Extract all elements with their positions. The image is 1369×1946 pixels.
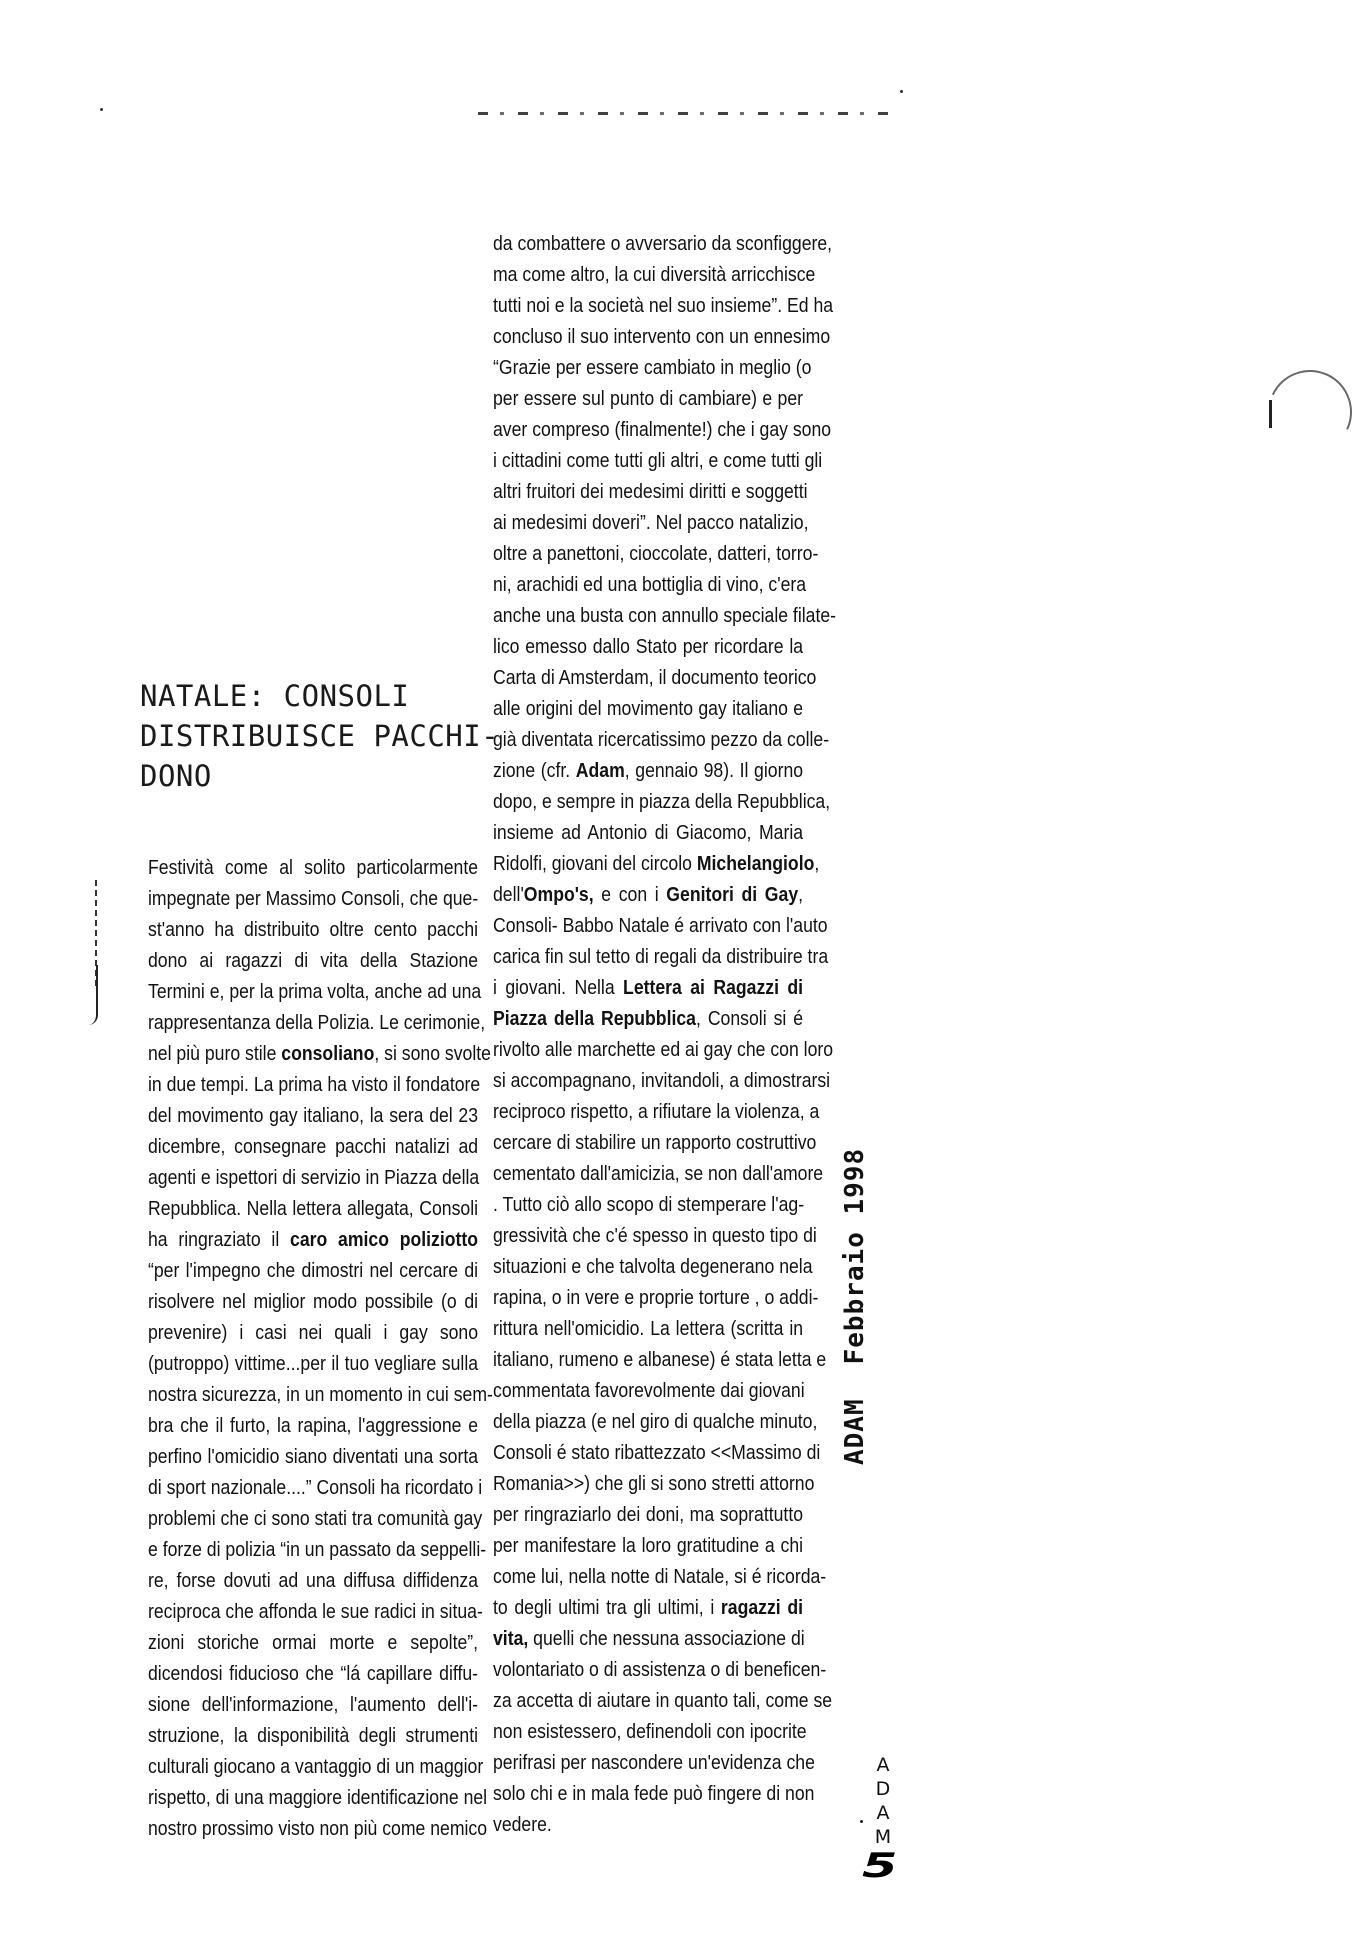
text-run: carica fin sul tetto di regali da distri…	[493, 945, 828, 968]
text-run: gressività che c'é spesso in questo tipo…	[493, 1224, 817, 1247]
text-run: anche una busta con annullo speciale fil…	[493, 604, 836, 627]
scan-circle-artifact	[1256, 358, 1364, 466]
text-line: per essere sul punto di cambiare) e per	[493, 383, 803, 414]
text-run: . Tutto ciò allo scopo di stemperare l'a…	[493, 1193, 804, 1216]
text-line: prevenire) i casi nei quali i gay sono	[148, 1317, 478, 1348]
text-run: agenti e ispettori di servizio in Piazza…	[148, 1166, 479, 1189]
text-run: zioni storiche ormai morte e sepolte”,	[148, 1631, 478, 1654]
text-line: Consoli é stato ribattezzato <<Massimo d…	[493, 1437, 803, 1468]
text-run: re, forse dovuti ad una diffusa diffiden…	[148, 1569, 478, 1592]
text-run: ma come altro, la cui diversità arricchi…	[493, 263, 815, 286]
bold-text: Michelangiolo	[697, 852, 815, 875]
scan-artifact-line	[478, 112, 898, 115]
text-line: i giovani. Nella Lettera ai Ragazzi di	[493, 972, 803, 1003]
text-line: ha ringraziato il caro amico poliziotto	[148, 1224, 478, 1255]
text-run: del movimento gay italiano, la sera del …	[148, 1104, 478, 1127]
text-run: risolvere nel miglior modo possibile (o …	[148, 1290, 478, 1313]
publication-stacked-logo: A D A M	[868, 1753, 898, 1849]
text-line: reciproca che affonda le sue radici in s…	[148, 1596, 478, 1627]
text-run: concluso il suo intervento con un ennesi…	[493, 325, 830, 348]
title-line: DISTRIBUISCE PACCHI-	[140, 716, 470, 756]
text-run: alle origini del movimento gay italiano …	[493, 697, 803, 720]
text-run: Ridolfi, giovani del circolo	[493, 852, 697, 875]
logo-letter: D	[868, 1777, 898, 1801]
text-line: . Tutto ciò allo scopo di stemperare l'a…	[493, 1189, 803, 1220]
text-run: situazioni e che talvolta degenerano nel…	[493, 1255, 813, 1278]
text-line: Termini e, per la prima volta, anche ad …	[148, 976, 478, 1007]
text-run: i cittadini come tutti gli altri, e come…	[493, 449, 822, 472]
text-run: altri fruitori dei medesimi diritti e so…	[493, 480, 808, 503]
margin-pen-curve	[86, 965, 98, 1025]
text-line: zione (cfr. Adam, gennaio 98). Il giorno	[493, 755, 803, 786]
text-run: della piazza (e nel giro di qualche minu…	[493, 1410, 817, 1433]
text-run: dicendosi fiducioso che “lá capillare di…	[148, 1662, 478, 1685]
scan-speck	[100, 108, 103, 111]
scan-speck	[900, 90, 903, 93]
title-line: NATALE: CONSOLI	[140, 676, 470, 716]
text-run: struzione, la disponibilità degli strume…	[148, 1724, 478, 1747]
text-line: non esistessero, definendoli con ipocrit…	[493, 1716, 803, 1747]
text-run: ,	[814, 852, 819, 875]
text-run: ni, arachidi ed una bottiglia di vino, c…	[493, 573, 806, 596]
text-line: e forze di polizia “in un passato da sep…	[148, 1534, 478, 1565]
text-run: , si sono svolte	[374, 1042, 491, 1065]
text-line: della piazza (e nel giro di qualche minu…	[493, 1406, 803, 1437]
text-run: perifrasi per nascondere un'evidenza che	[493, 1751, 815, 1774]
text-run: culturali giocano a vantaggio di un magg…	[148, 1755, 483, 1778]
text-run: commentata favorevolmente dai giovani	[493, 1379, 805, 1402]
publication-name: ADAM	[840, 1398, 870, 1465]
article-title: NATALE: CONSOLI DISTRIBUISCE PACCHI- DON…	[140, 676, 470, 796]
text-line: “per l'impegno che dimostri nel cercare …	[148, 1255, 478, 1286]
text-line: dopo, e sempre in piazza della Repubblic…	[493, 786, 803, 817]
text-line: altri fruitori dei medesimi diritti e so…	[493, 476, 803, 507]
text-run: prevenire) i casi nei quali i gay sono	[148, 1321, 478, 1344]
title-line: DONO	[140, 756, 470, 796]
text-run: impegnate per Massimo Consoli, che que-	[148, 887, 478, 910]
text-run: rapina, o in vere e proprie torture , o …	[493, 1286, 818, 1309]
logo-letter: A	[868, 1753, 898, 1777]
text-run: reciproco rispetto, a rifiutare la viole…	[493, 1100, 819, 1123]
text-line: carica fin sul tetto di regali da distri…	[493, 941, 803, 972]
text-run: volontariato o di assistenza o di benefi…	[493, 1658, 826, 1681]
text-run: da combattere o avversario da sconfigger…	[493, 232, 832, 255]
text-run: , gennaio 98). Il giorno	[625, 759, 803, 782]
text-line: rapina, o in vere e proprie torture , o …	[493, 1282, 803, 1313]
text-run: dono ai ragazzi di vita della Stazione	[148, 949, 478, 972]
article-column-left: Festività come al solito particolarmente…	[148, 852, 478, 1844]
text-line: ai medesimi doveri”. Nel pacco natalizio…	[493, 507, 803, 538]
text-line: concluso il suo intervento con un ennesi…	[493, 321, 803, 352]
text-line: to degli ultimi tra gli ultimi, i ragazz…	[493, 1592, 803, 1623]
text-line: dicembre, consegnare pacchi natalizi ad	[148, 1131, 478, 1162]
text-line: di sport nazionale....” Consoli ha ricor…	[148, 1472, 478, 1503]
text-line: rittura nell'omicidio. La lettera (scrit…	[493, 1313, 803, 1344]
text-line: anche una busta con annullo speciale fil…	[493, 600, 803, 631]
text-run: ai medesimi doveri”. Nel pacco natalizio…	[493, 511, 809, 534]
scan-circle-artifact-stroke	[1269, 400, 1272, 428]
text-run: Consoli- Babbo Natale é arrivato con l'a…	[493, 914, 828, 937]
text-line: nel più puro stile consoliano, si sono s…	[148, 1038, 478, 1069]
text-line: italiano, rumeno e albanese) é stata let…	[493, 1344, 803, 1375]
text-run: Romania>>) che gli si sono stretti attor…	[493, 1472, 814, 1495]
text-run: problemi che ci sono stati tra comunità …	[148, 1507, 482, 1530]
text-run: dicembre, consegnare pacchi natalizi ad	[148, 1135, 478, 1158]
text-run: nel più puro stile	[148, 1042, 281, 1065]
text-line: perifrasi per nascondere un'evidenza che	[493, 1747, 803, 1778]
text-line: Consoli- Babbo Natale é arrivato con l'a…	[493, 910, 803, 941]
text-line: da combattere o avversario da sconfigger…	[493, 228, 803, 259]
text-line: dono ai ragazzi di vita della Stazione	[148, 945, 478, 976]
text-run: rispetto, di una maggiore identificazion…	[148, 1786, 487, 1809]
text-line: vedere.	[493, 1809, 803, 1840]
text-line: rispetto, di una maggiore identificazion…	[148, 1782, 478, 1813]
text-run: quelli che nessuna associazione di	[528, 1627, 804, 1650]
text-run: zione (cfr.	[493, 759, 576, 782]
text-run: dopo, e sempre in piazza della Repubblic…	[493, 790, 830, 813]
issue-date: Febbraio 1998	[840, 1148, 870, 1365]
bold-text: vita,	[493, 1627, 528, 1650]
bold-text: caro amico poliziotto	[290, 1228, 478, 1251]
text-run: “Grazie per essere cambiato in meglio (o	[493, 356, 811, 379]
text-line: re, forse dovuti ad una diffusa diffiden…	[148, 1565, 478, 1596]
text-run: (putroppo) vittime...per il tuo vegliare…	[148, 1352, 478, 1375]
text-line: “Grazie per essere cambiato in meglio (o	[493, 352, 803, 383]
text-run: ,	[798, 883, 803, 906]
text-run: rappresentanza della Polizia. Le cerimon…	[148, 1011, 485, 1034]
text-line: ni, arachidi ed una bottiglia di vino, c…	[493, 569, 803, 600]
text-line: struzione, la disponibilità degli strume…	[148, 1720, 478, 1751]
text-line: cementato dall'amicizia, se non dall'amo…	[493, 1158, 803, 1189]
text-run: oltre a panettoni, cioccolate, datteri, …	[493, 542, 818, 565]
text-line: aver compreso (finalmente!) che i gay so…	[493, 414, 803, 445]
text-run: Repubblica. Nella lettera allegata, Cons…	[148, 1197, 478, 1220]
text-line: dicendosi fiducioso che “lá capillare di…	[148, 1658, 478, 1689]
text-run: per essere sul punto di cambiare) e per	[493, 387, 803, 410]
text-run: rittura nell'omicidio. La lettera (scrit…	[493, 1317, 803, 1340]
text-run: di sport nazionale....” Consoli ha ricor…	[148, 1476, 482, 1499]
text-run: lico emesso dallo Stato per ricordare la	[493, 635, 803, 658]
text-line: i cittadini come tutti gli altri, e come…	[493, 445, 803, 476]
text-line: in due tempi. La prima ha visto il fonda…	[148, 1069, 478, 1100]
text-run: in due tempi. La prima ha visto il fonda…	[148, 1073, 480, 1096]
text-line: culturali giocano a vantaggio di un magg…	[148, 1751, 478, 1782]
text-line: situazioni e che talvolta degenerano nel…	[493, 1251, 803, 1282]
text-line: rappresentanza della Polizia. Le cerimon…	[148, 1007, 478, 1038]
text-run: , Consoli si é	[696, 1007, 803, 1030]
text-run: Consoli é stato ribattezzato <<Massimo d…	[493, 1441, 820, 1464]
text-run: italiano, rumeno e albanese) é stata let…	[493, 1348, 826, 1371]
bold-text: Genitori di Gay	[666, 883, 798, 906]
text-run: cementato dall'amicizia, se non dall'amo…	[493, 1162, 823, 1185]
text-line: vita, quelli che nessuna associazione di	[493, 1623, 803, 1654]
article-column-right: da combattere o avversario da sconfigger…	[493, 228, 803, 1840]
text-line: st'anno ha distribuito oltre cento pacch…	[148, 914, 478, 945]
text-line: Piazza della Repubblica, Consoli si é	[493, 1003, 803, 1034]
text-line: agenti e ispettori di servizio in Piazza…	[148, 1162, 478, 1193]
bold-text: Piazza della Repubblica	[493, 1007, 696, 1030]
text-line: Romania>>) che gli si sono stretti attor…	[493, 1468, 803, 1499]
bold-text: ragazzi di	[721, 1596, 803, 1619]
text-run: reciproca che affonda le sue radici in s…	[148, 1600, 483, 1623]
text-line: Ridolfi, giovani del circolo Michelangio…	[493, 848, 803, 879]
text-run: ha ringraziato il	[148, 1228, 290, 1251]
text-line: Festività come al solito particolarmente	[148, 852, 478, 883]
text-run: solo chi e in mala fede può fingere di n…	[493, 1782, 814, 1805]
text-line: commentata favorevolmente dai giovani	[493, 1375, 803, 1406]
bold-text: Ompo's,	[524, 883, 594, 906]
text-line: (putroppo) vittime...per il tuo vegliare…	[148, 1348, 478, 1379]
text-line: già diventata ricercatissimo pezzo da co…	[493, 724, 803, 755]
text-line: si accompagnano, invitandoli, a dimostra…	[493, 1065, 803, 1096]
text-run: rivolto alle marchette ed ai gay che con…	[493, 1038, 833, 1061]
text-run: nostra sicurezza, in un momento in cui s…	[148, 1383, 493, 1406]
scan-speck	[860, 1820, 863, 1823]
text-line: problemi che ci sono stati tra comunità …	[148, 1503, 478, 1534]
page-number: 5	[862, 1846, 898, 1886]
text-run: per ringraziarlo dei doni, ma soprattutt…	[493, 1503, 803, 1526]
text-run: sione dell'informazione, l'aumento dell'…	[148, 1693, 478, 1716]
text-line: cercare di stabilire un rapporto costrut…	[493, 1127, 803, 1158]
text-run: insieme ad Antonio di Giacomo, Maria	[493, 821, 803, 844]
text-run: come lui, nella notte di Natale, si é ri…	[493, 1565, 826, 1588]
text-run: “per l'impegno che dimostri nel cercare …	[148, 1259, 478, 1282]
text-line: per manifestare la loro gratitudine a ch…	[493, 1530, 803, 1561]
text-run: i giovani. Nella	[493, 976, 623, 999]
bold-text: Lettera ai Ragazzi di	[623, 976, 803, 999]
text-run: Termini e, per la prima volta, anche ad …	[148, 980, 481, 1003]
text-line: alle origini del movimento gay italiano …	[493, 693, 803, 724]
text-line: tutti noi e la società nel suo insieme”.…	[493, 290, 803, 321]
text-run: perfino l'omicidio siano diventati una s…	[148, 1445, 478, 1468]
text-line: per ringraziarlo dei doni, ma soprattutt…	[493, 1499, 803, 1530]
text-run: Carta di Amsterdam, il documento teorico	[493, 666, 816, 689]
text-run: e forze di polizia “in un passato da sep…	[148, 1538, 486, 1561]
text-run: e con i	[594, 883, 667, 906]
bold-text: Adam	[576, 759, 625, 782]
text-line: oltre a panettoni, cioccolate, datteri, …	[493, 538, 803, 569]
text-run: non esistessero, definendoli con ipocrit…	[493, 1720, 807, 1743]
text-line: ma come altro, la cui diversità arricchi…	[493, 259, 803, 290]
text-line: sione dell'informazione, l'aumento dell'…	[148, 1689, 478, 1720]
text-line: dell'Ompo's, e con i Genitori di Gay,	[493, 879, 803, 910]
text-run: to degli ultimi tra gli ultimi, i	[493, 1596, 721, 1619]
text-line: volontariato o di assistenza o di benefi…	[493, 1654, 803, 1685]
text-line: impegnate per Massimo Consoli, che que-	[148, 883, 478, 914]
text-line: za accetta di aiutare in quanto tali, co…	[493, 1685, 803, 1716]
text-run: vedere.	[493, 1813, 552, 1836]
text-line: gressività che c'é spesso in questo tipo…	[493, 1220, 803, 1251]
text-line: zioni storiche ormai morte e sepolte”,	[148, 1627, 478, 1658]
text-run: per manifestare la loro gratitudine a ch…	[493, 1534, 803, 1557]
running-header-vertical: ADAMFebbraio 1998	[840, 1148, 870, 1465]
text-line: del movimento gay italiano, la sera del …	[148, 1100, 478, 1131]
text-run: cercare di stabilire un rapporto costrut…	[493, 1131, 816, 1154]
text-run: si accompagnano, invitandoli, a dimostra…	[493, 1069, 830, 1092]
text-run: aver compreso (finalmente!) che i gay so…	[493, 418, 831, 441]
text-line: insieme ad Antonio di Giacomo, Maria	[493, 817, 803, 848]
bold-text: consoliano	[281, 1042, 374, 1065]
text-line: perfino l'omicidio siano diventati una s…	[148, 1441, 478, 1472]
logo-letter: A	[868, 1801, 898, 1825]
text-line: solo chi e in mala fede può fingere di n…	[493, 1778, 803, 1809]
text-run: za accetta di aiutare in quanto tali, co…	[493, 1689, 832, 1712]
text-line: risolvere nel miglior modo possibile (o …	[148, 1286, 478, 1317]
text-run: st'anno ha distribuito oltre cento pacch…	[148, 918, 478, 941]
text-line: nostro prossimo visto non più come nemic…	[148, 1813, 478, 1844]
text-line: come lui, nella notte di Natale, si é ri…	[493, 1561, 803, 1592]
text-line: rivolto alle marchette ed ai gay che con…	[493, 1034, 803, 1065]
text-line: nostra sicurezza, in un momento in cui s…	[148, 1379, 478, 1410]
text-run: bra che il furto, la rapina, l'aggressio…	[148, 1414, 478, 1437]
text-run: nostro prossimo visto non più come nemic…	[148, 1817, 487, 1840]
text-line: bra che il furto, la rapina, l'aggressio…	[148, 1410, 478, 1441]
text-run: dell'	[493, 883, 524, 906]
text-line: lico emesso dallo Stato per ricordare la	[493, 631, 803, 662]
text-line: Carta di Amsterdam, il documento teorico	[493, 662, 803, 693]
text-run: Festività come al solito particolarmente	[148, 856, 478, 879]
text-line: reciproco rispetto, a rifiutare la viole…	[493, 1096, 803, 1127]
text-run: tutti noi e la società nel suo insieme”.…	[493, 294, 833, 317]
text-line: Repubblica. Nella lettera allegata, Cons…	[148, 1193, 478, 1224]
text-run: già diventata ricercatissimo pezzo da co…	[493, 728, 829, 751]
